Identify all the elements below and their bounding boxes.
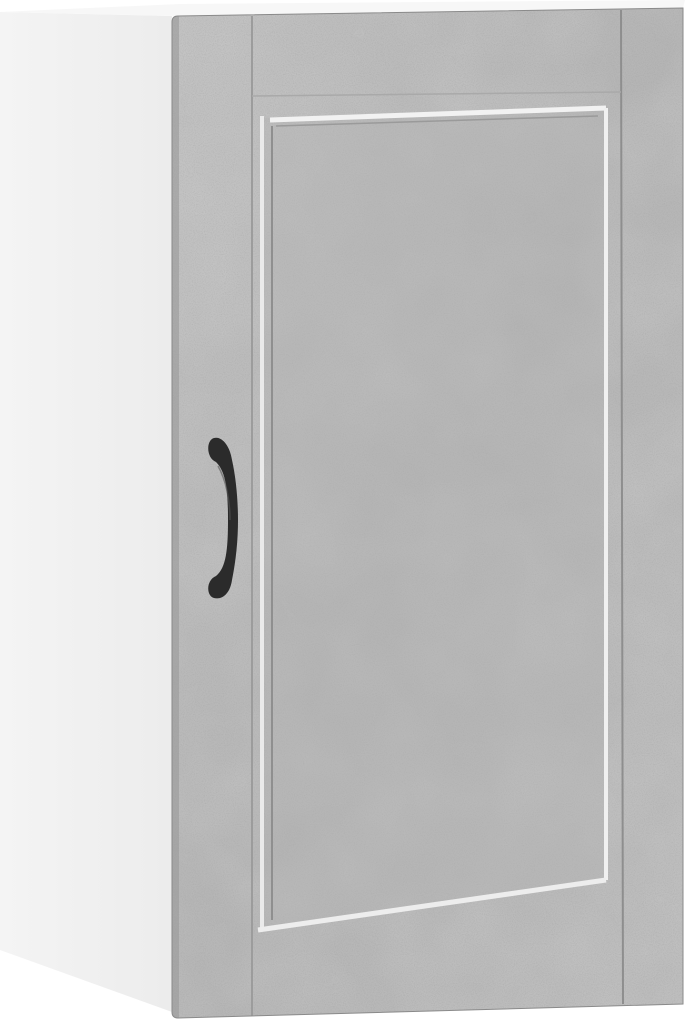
raised-panel xyxy=(258,106,606,930)
product-photo: wall-mounted kitchen cabinet xyxy=(0,0,685,1020)
cabinet-door xyxy=(170,0,685,1020)
